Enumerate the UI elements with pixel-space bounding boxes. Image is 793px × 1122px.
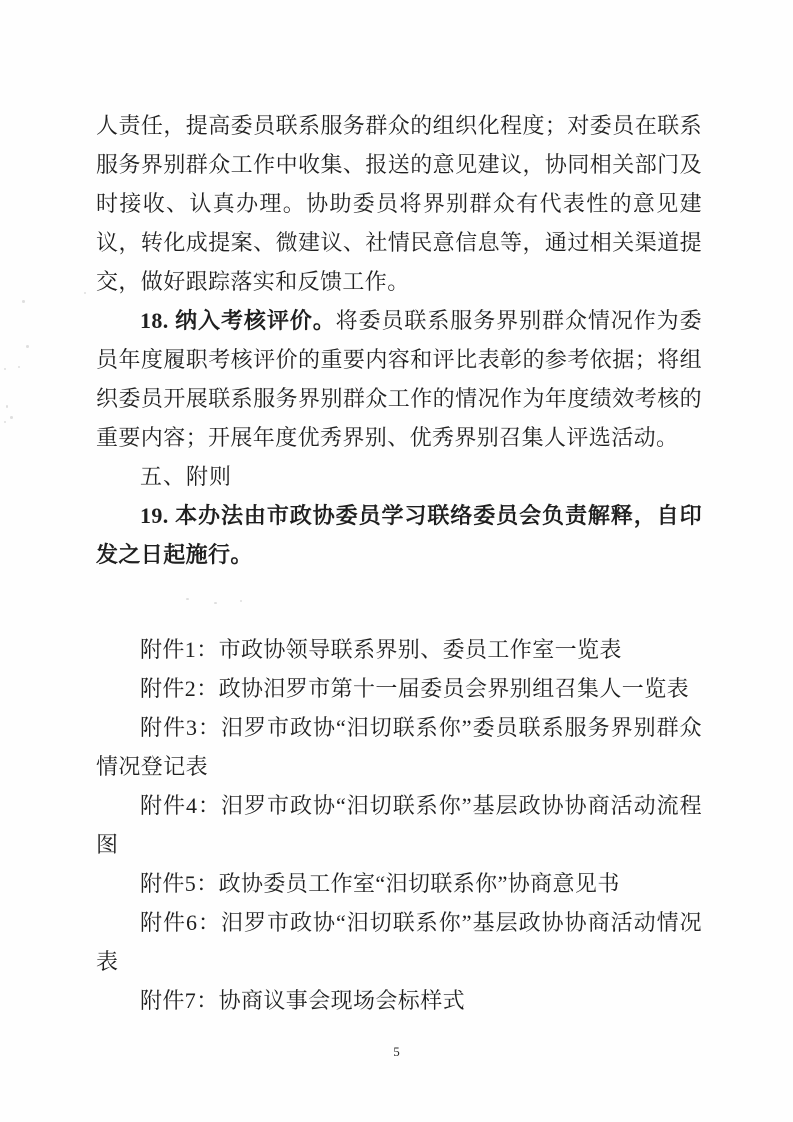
attachment-item-3: 附件3：汨罗市政协“汨切联系你”委员联系服务界别群众情况登记表 (96, 708, 702, 786)
scan-speckle (4, 421, 6, 423)
scan-speckle (18, 366, 20, 368)
scan-speckle (4, 368, 6, 370)
page-number: 5 (0, 1044, 793, 1060)
attachment-item-7: 附件7：协商议事会现场会标样式 (96, 981, 702, 1020)
document-body: 人责任，提高委员联系服务群众的组织化程度；对委员在联系服务界别群众工作中收集、报… (96, 106, 702, 1020)
item-18-paragraph: 18. 纳入考核评价。将委员联系服务界别群众情况作为委员年度履职考核评价的重要内… (96, 301, 702, 457)
attachment-item-6: 附件6：汨罗市政协“汨切联系你”基层政协协商活动情况表 (96, 903, 702, 981)
scan-speckle (6, 405, 8, 408)
attachment-item-1: 附件1：市政协领导联系界别、委员工作室一览表 (96, 630, 702, 669)
attachment-item-2: 附件2：政协汨罗市第十一届委员会界别组召集人一览表 (96, 669, 702, 708)
continued-paragraph: 人责任，提高委员联系服务群众的组织化程度；对委员在联系服务界别群众工作中收集、报… (96, 106, 702, 301)
attachment-item-5: 附件5：政协委员工作室“汨切联系你”协商意见书 (96, 864, 702, 903)
item-18-lead: 18. 纳入考核评价。 (140, 308, 336, 333)
attachment-item-4: 附件4：汨罗市政协“汨切联系你”基层政协协商活动流程图 (96, 786, 702, 864)
scan-speckle (10, 416, 13, 419)
scanned-document-page: 人责任，提高委员联系服务群众的组织化程度；对委员在联系服务界别群众工作中收集、报… (0, 0, 793, 1122)
attachment-list: 附件1：市政协领导联系界别、委员工作室一览表 附件2：政协汨罗市第十一届委员会界… (96, 630, 702, 1020)
scan-speckle (22, 300, 25, 303)
item-19-paragraph: 19. 本办法由市政协委员学习联络委员会负责解释，自印发之日起施行。 (96, 496, 702, 574)
scan-speckle (26, 345, 29, 348)
scan-speckle (84, 292, 86, 294)
section-heading-5: 五、附则 (96, 457, 702, 496)
